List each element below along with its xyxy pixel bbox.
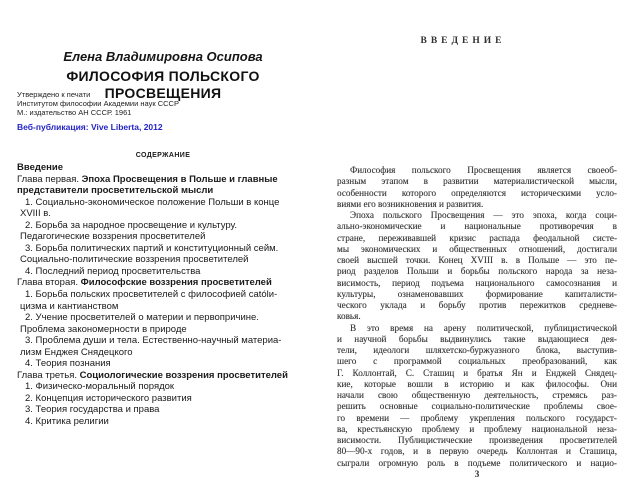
toc-line: 2. Учение просветителей о материи и перв… [17,312,323,324]
page-line: решить основные социально-политические п… [337,401,617,412]
toc-line: Введение [17,162,323,174]
toc-line: Проблема закономерности в природе [17,324,323,336]
toc-line: Педагогические воззрения просветителей [17,231,323,243]
toc-line: представители просветительской мысли [17,185,323,197]
page-line: культуры, ознаменовавших формирование ка… [337,289,617,300]
page-number: 3 [337,470,617,480]
page-line: своей высшей точки. Конец XVIII в. в Пол… [337,255,617,266]
imprint-line: М.: издательство АН СССР. 1961 [17,109,179,118]
toc-line: 4. Теория познания [17,358,323,370]
toc-line: 4. Критика религии [17,416,323,428]
page-line: Эпоха польского Просвещения — это эпоха,… [337,210,617,221]
toc-line: 1. Социально-экономическое положение Пол… [17,197,323,209]
toc-line: Глава первая. Эпоха Просвещения в Польше… [17,174,323,186]
page-line: ковья. [337,311,617,322]
toc-line: цизма и кантианством [17,301,323,313]
page-line: Философия польского Просвещения является… [337,165,617,176]
page-line: стране, переживавшей кризис распада феод… [337,233,617,244]
web-publication-link[interactable]: Веб-публикация: Vive Liberta, 2012 [17,122,163,132]
toc-line: XVIII в. [17,208,323,220]
page-line: висимость, период подъема национального … [337,278,617,289]
toc-list: ВведениеГлава первая. Эпоха Просвещения … [17,162,323,428]
page-line: го времени — проблему укрепления польско… [337,413,617,424]
page-line: Г. Коллонтай, С. Сташиц и братья Ян и Ен… [337,368,617,379]
toc-line: 3. Проблема души и тела. Естественно-нау… [17,335,323,347]
toc-line: лизм Енджея Снядецкого [17,347,323,359]
toc-heading: СОДЕРЖАНИЕ [10,152,316,159]
document-page: Елена Владимировна Осипова ФИЛОСОФИЯ ПОЛ… [0,0,635,485]
toc-line: 3. Теория государства и права [17,404,323,416]
toc-line: 1. Физическо-моральный порядок [17,381,323,393]
page-line: разным этапом в развитии материалистичес… [337,176,617,187]
page-line: ально-экономические и национальные проти… [337,221,617,232]
page-line: 80—90-х годов, и в первую очередь Коллон… [337,446,617,457]
page-line: тели, идеологи шляхетско-буржуазного бло… [337,345,617,356]
page-line: и научной борьбы выдвинулись такие выдаю… [337,334,617,345]
toc-line: Глава третья. Социологические воззрения … [17,370,323,382]
chapter-heading: ВВЕДЕНИЕ [337,36,589,46]
page-line: мы экономических и общественных отношени… [337,244,617,255]
page-body: Философия польского Просвещения является… [337,165,617,469]
author-name: Елена Владимировна Осипова [10,49,316,64]
page-line: шего с программой социальных преобразова… [337,356,617,367]
page-line: ческого уклада и борьбу против пережитко… [337,300,617,311]
page-line: кие, которые вошли в историю и как филос… [337,379,617,390]
imprint-block: Утверждено к печати Институтом философии… [17,91,179,118]
page-line: сыграли огромную роль в подъеме политиче… [337,458,617,469]
toc-line: 2. Концепция исторического развития [17,393,323,405]
toc-line: 1. Борьба польских просветителей с филос… [17,289,323,301]
toc-line: 2. Борьба за народное просвещение и куль… [17,220,323,232]
page-line: начали свою общественную деятельность, с… [337,390,617,401]
page-line: особенности которого определяются истори… [337,188,617,199]
page-line: В это время на арену политической, публи… [337,323,617,334]
page-line: висимости. Публицистические произведения… [337,435,617,446]
page-line: виями его возникновения и развития. [337,199,617,210]
toc-line: Социально-политические воззрения просвет… [17,254,323,266]
toc-line: 3. Борьба политических партий и конститу… [17,243,323,255]
toc-line: Глава вторая. Философские воззрения прос… [17,277,323,289]
toc-line: 4. Последний период просветительства [17,266,323,278]
page-line: ва, крестьянскую проблему и проблему нац… [337,424,617,435]
scanned-page: ВВЕДЕНИЕ Философия польского Просвещения… [337,0,617,485]
page-line: риод разделов Польши и борьбы польского … [337,266,617,277]
